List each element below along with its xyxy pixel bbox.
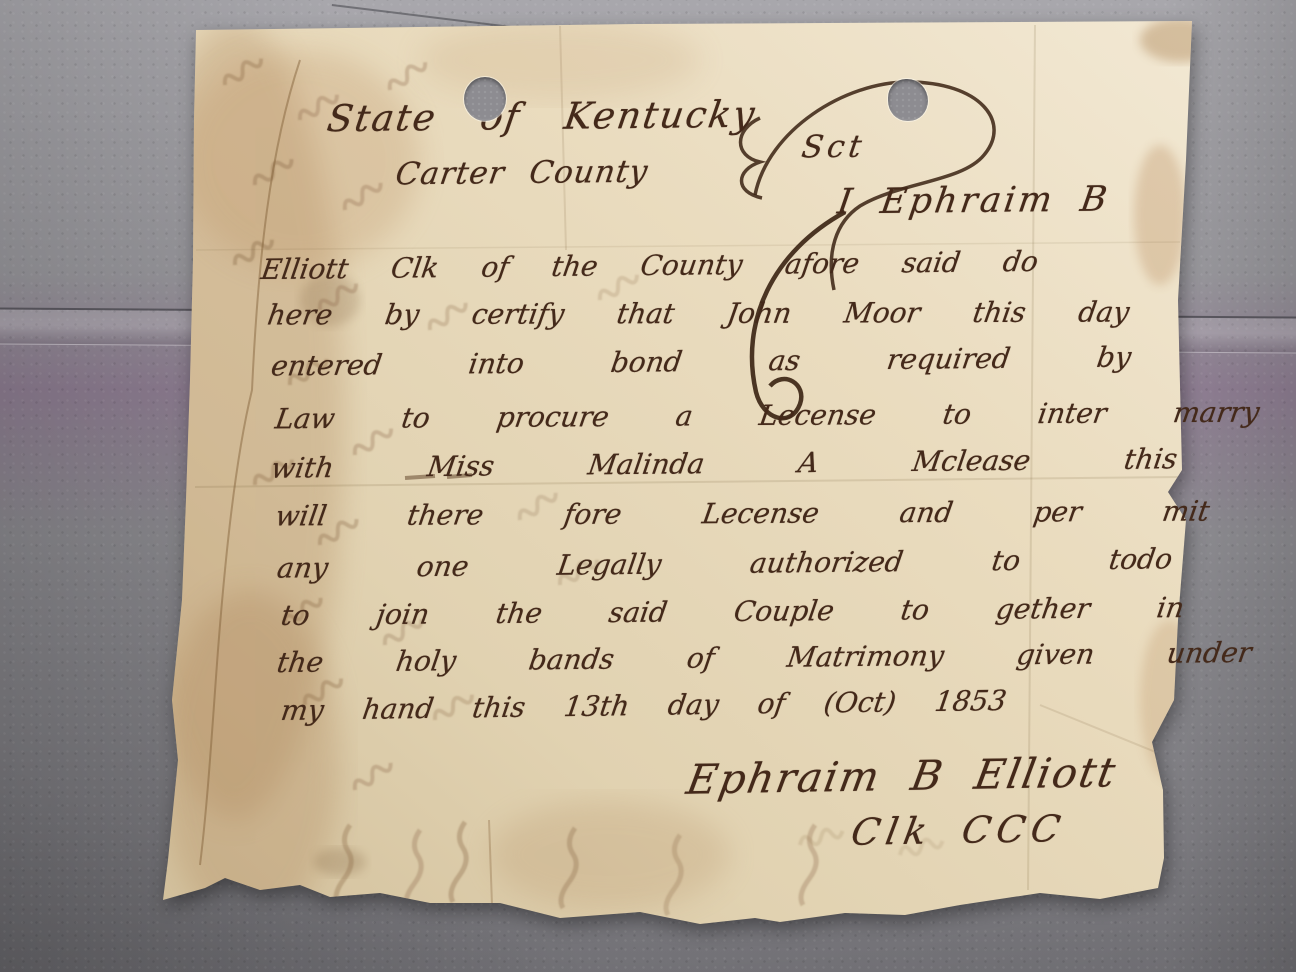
hole-punch-left bbox=[464, 77, 506, 121]
letter-line: to join the said Couple to gether in bbox=[279, 594, 1186, 630]
letter-line: any one Legally authorized to todo bbox=[275, 545, 1174, 582]
heading-county-line: Carter County bbox=[394, 157, 651, 191]
handwritten-text-layer: State of Kentucky Carter County Sct I Ep… bbox=[0, 0, 1296, 972]
heading-state-line: State of Kentucky bbox=[325, 96, 759, 137]
letter-line: my hand this 13th day of (Oct) 1853 bbox=[279, 687, 1008, 725]
letter-line: the holy bands of Matrimony given under bbox=[275, 639, 1253, 677]
letter-line: Law to procure a Lecense to inter marry bbox=[273, 399, 1261, 434]
signature-name: Ephraim B Elliott bbox=[684, 752, 1120, 800]
letter-line: with Miss Malinda A Mclease this bbox=[269, 445, 1179, 482]
attestation-intro-line: I Ephraim B bbox=[835, 183, 1112, 221]
letter-line: entered into bond as required by bbox=[269, 344, 1133, 381]
signature-title: Clk CCC bbox=[848, 810, 1069, 851]
sct-label: Sct bbox=[800, 132, 868, 164]
letter-line: here by certify that John Moor this day bbox=[266, 298, 1132, 329]
letter-line: will there fore Lecense and per mit bbox=[273, 498, 1211, 531]
hole-punch-right bbox=[888, 79, 928, 121]
photograph-of-document: State of Kentucky Carter County Sct I Ep… bbox=[0, 0, 1296, 972]
letter-line: Elliott Clk of the County afore said do bbox=[259, 248, 1040, 284]
